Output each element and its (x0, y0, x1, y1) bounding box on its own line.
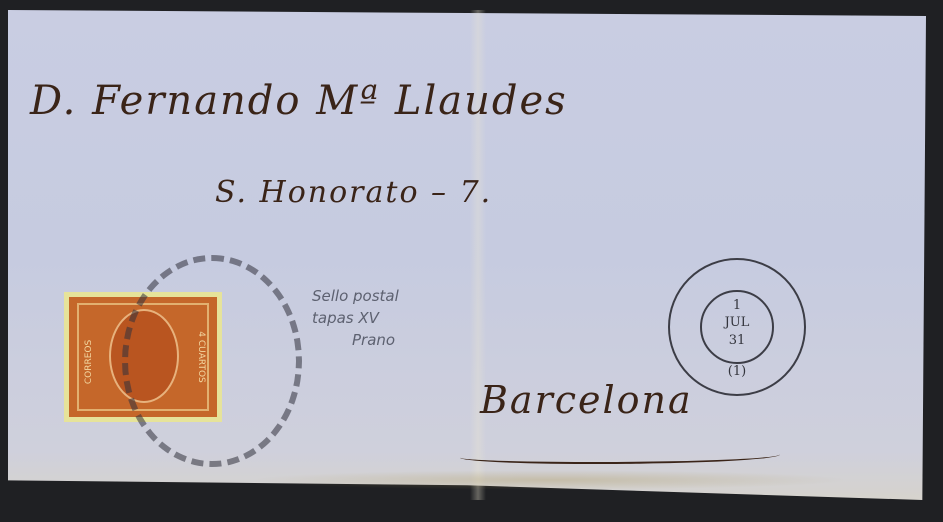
pencil-line: tapas XV (312, 307, 399, 329)
stain (250, 470, 850, 490)
pencil-line: Prano (312, 329, 399, 351)
postmark-day: 1 (670, 298, 804, 313)
pencil-note: Sello postal tapas XV Prano (312, 285, 399, 351)
grill-cancellation (122, 255, 302, 467)
postmark-number: (1) (670, 364, 804, 379)
postmark-year: 31 (670, 333, 804, 348)
pencil-line: Sello postal (312, 285, 399, 307)
addressee-street: S. Honorato – 7. (215, 175, 492, 210)
postmark-month: JUL (670, 315, 804, 330)
addressee-name: D. Fernando Mª Llaudes (30, 78, 568, 124)
madrid-postmark: MADRID 1 JUL 31 (1) (668, 258, 806, 396)
destination-city: Barcelona (480, 378, 693, 422)
stamp-left-text: CORREOS (84, 340, 94, 384)
